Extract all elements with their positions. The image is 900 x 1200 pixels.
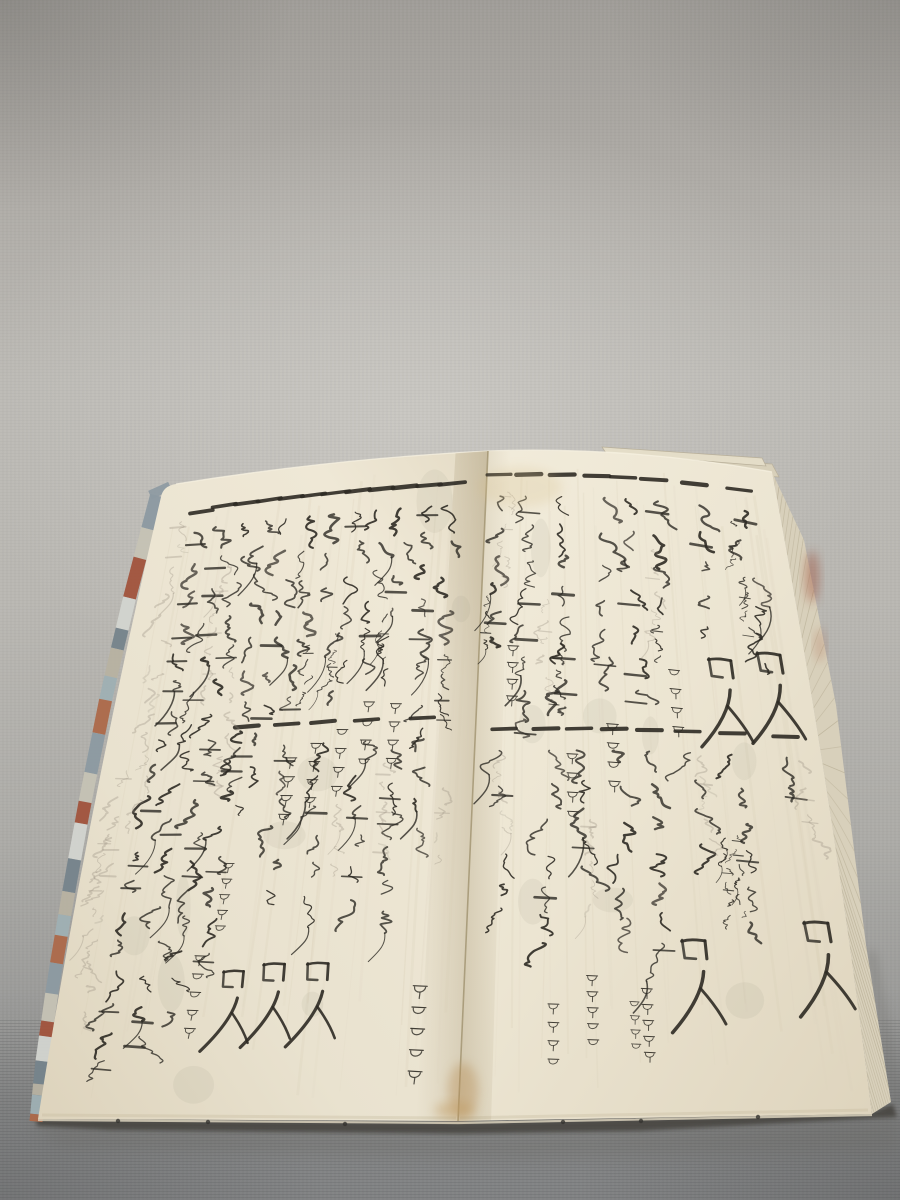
manuscript-book-photo (0, 0, 900, 1200)
